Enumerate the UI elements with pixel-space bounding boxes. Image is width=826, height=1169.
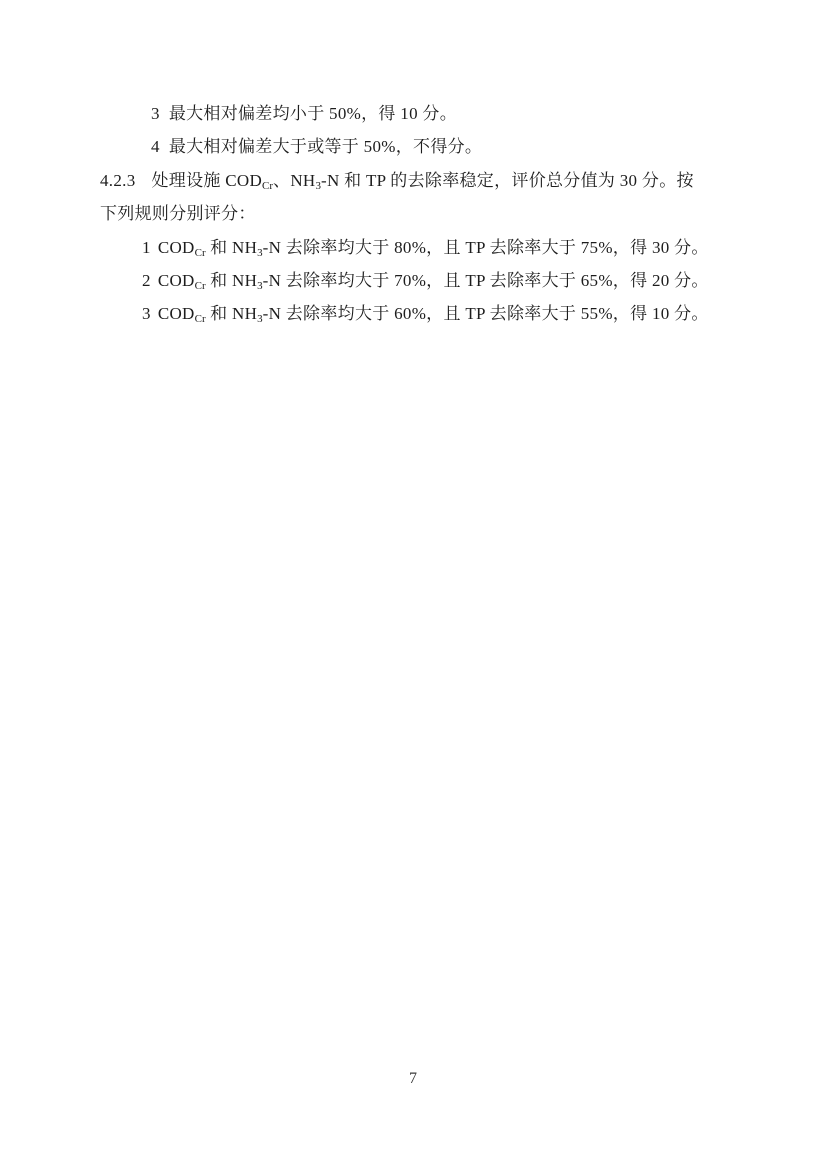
clause-4-2-3-text-3: -N 和 TP 的去除率稳定，评价总分值为 30 分。按 bbox=[321, 171, 694, 190]
rule-item-2-text-3: -N 去除率均大于 70%，且 TP 去除率大于 65%，得 20 分。 bbox=[263, 271, 709, 290]
rule-item-3-number: 3 bbox=[142, 304, 151, 323]
page-footer: 7 bbox=[0, 1070, 826, 1088]
rule-item-2-text-1: COD bbox=[158, 271, 195, 290]
rule-item-1-number: 1 bbox=[142, 238, 151, 257]
document-page: 3最大相对偏差均小于 50%，得 10 分。 4最大相对偏差大于或等于 50%，… bbox=[0, 0, 826, 1169]
clause-4-2-3: 4.2.3处理设施 CODCr、NH3-N 和 TP 的去除率稳定，评价总分值为… bbox=[100, 164, 712, 231]
list-item-3-number: 3 bbox=[151, 104, 160, 123]
clause-4-2-3-subscript-cr: Cr bbox=[262, 180, 273, 192]
clause-4-2-3-number: 4.2.3 bbox=[100, 171, 136, 190]
list-item-4: 4最大相对偏差大于或等于 50%，不得分。 bbox=[100, 130, 712, 163]
list-item-3: 3最大相对偏差均小于 50%，得 10 分。 bbox=[100, 97, 712, 130]
rule-item-3: 3CODCr 和 NH3-N 去除率均大于 60%，且 TP 去除率大于 55%… bbox=[100, 297, 712, 330]
list-item-4-number: 4 bbox=[151, 137, 160, 156]
rule-item-1-text-2: 和 NH bbox=[206, 238, 258, 257]
rule-item-3-text-3: -N 去除率均大于 60%，且 TP 去除率大于 55%，得 10 分。 bbox=[263, 304, 709, 323]
clause-4-2-3-continuation: 下列规则分别评分： bbox=[100, 197, 712, 230]
rule-item-3-text-2: 和 NH bbox=[206, 304, 258, 323]
rule-item-1-subscript-cr: Cr bbox=[195, 247, 206, 259]
rule-item-1-text-1: COD bbox=[158, 238, 195, 257]
rule-item-2-subscript-cr: Cr bbox=[195, 280, 206, 292]
list-item-4-text: 最大相对偏差大于或等于 50%，不得分。 bbox=[169, 137, 482, 156]
rule-item-2-text-2: 和 NH bbox=[206, 271, 258, 290]
clause-4-2-3-text-1: 处理设施 COD bbox=[152, 171, 263, 190]
list-item-3-text: 最大相对偏差均小于 50%，得 10 分。 bbox=[169, 104, 457, 123]
rule-item-1: 1CODCr 和 NH3-N 去除率均大于 80%，且 TP 去除率大于 75%… bbox=[100, 231, 712, 264]
document-body: 3最大相对偏差均小于 50%，得 10 分。 4最大相对偏差大于或等于 50%，… bbox=[100, 97, 712, 331]
page-number: 7 bbox=[409, 1070, 417, 1087]
rule-item-2: 2CODCr 和 NH3-N 去除率均大于 70%，且 TP 去除率大于 65%… bbox=[100, 264, 712, 297]
rule-item-1-text-3: -N 去除率均大于 80%，且 TP 去除率大于 75%，得 30 分。 bbox=[263, 238, 709, 257]
clause-4-2-3-text-2: 、NH bbox=[273, 171, 315, 190]
rule-item-3-text-1: COD bbox=[158, 304, 195, 323]
rule-item-2-number: 2 bbox=[142, 271, 151, 290]
rule-item-3-subscript-cr: Cr bbox=[195, 313, 206, 325]
